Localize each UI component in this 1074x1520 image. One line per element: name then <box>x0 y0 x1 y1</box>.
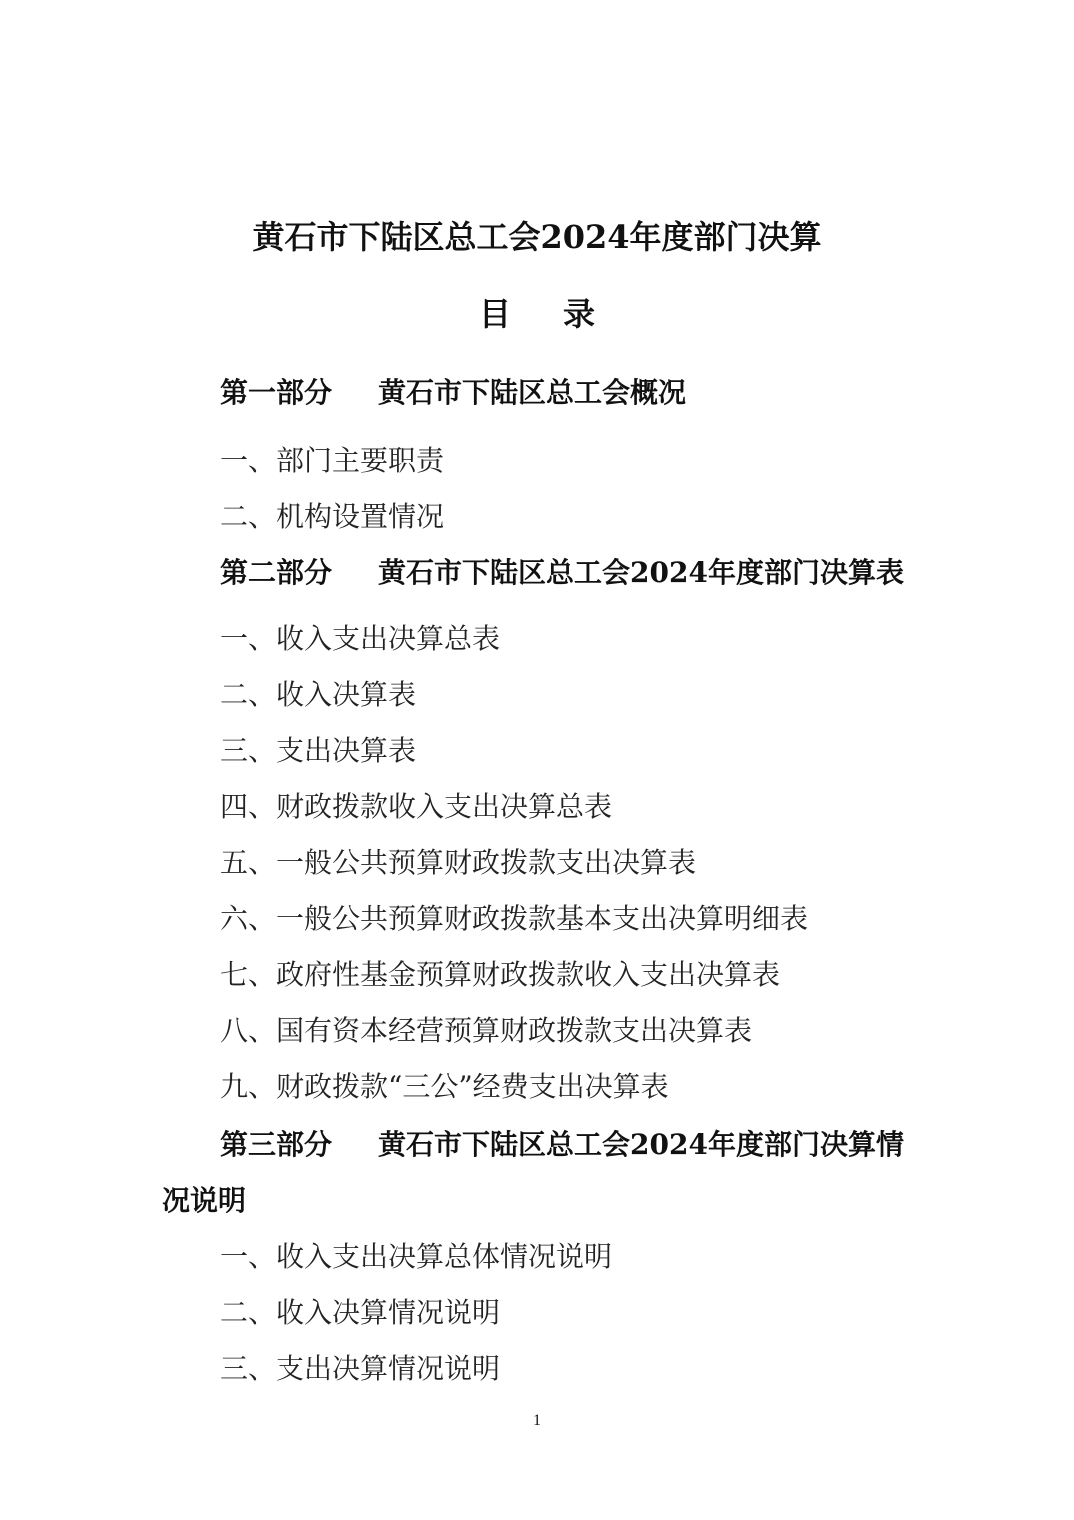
part-label: 第一部分 <box>220 376 332 409</box>
toc-item[interactable]: 三、支出决算情况说明 <box>220 1352 500 1386</box>
toc-part-3[interactable]: 第三部分黄石市下陆区总工会2024年度部门决算情 <box>220 1128 904 1162</box>
part-heading: 黄石市下陆区总工会2024年度部门决算情 <box>378 1128 904 1161</box>
toc-item[interactable]: 九、财政拨款“三公”经费支出决算表 <box>220 1070 669 1104</box>
toc-item[interactable]: 二、收入决算表 <box>220 678 416 712</box>
toc-item[interactable]: 一、收入支出决算总体情况说明 <box>220 1240 612 1274</box>
toc-item[interactable]: 六、一般公共预算财政拨款基本支出决算明细表 <box>220 902 808 936</box>
toc-item[interactable]: 二、机构设置情况 <box>220 500 444 534</box>
part-label: 第三部分 <box>220 1128 332 1161</box>
toc-item[interactable]: 三、支出决算表 <box>220 734 416 768</box>
toc-part-3-wrap: 况说明 <box>162 1184 246 1218</box>
part-label: 第二部分 <box>220 556 332 589</box>
toc-item[interactable]: 一、部门主要职责 <box>220 444 444 478</box>
toc-item[interactable]: 二、收入决算情况说明 <box>220 1296 500 1330</box>
part-heading: 黄石市下陆区总工会概况 <box>378 376 686 409</box>
toc-item[interactable]: 四、财政拨款收入支出决算总表 <box>220 790 612 824</box>
toc-item[interactable]: 八、国有资本经营预算财政拨款支出决算表 <box>220 1014 752 1048</box>
page-number: 1 <box>0 1412 1074 1430</box>
document-title: 黄石市下陆区总工会2024年度部门决算 <box>0 220 1074 254</box>
part-heading: 黄石市下陆区总工会2024年度部门决算表 <box>378 556 904 589</box>
toc-heading: 目录 <box>0 297 1074 331</box>
toc-item[interactable]: 七、政府性基金预算财政拨款收入支出决算表 <box>220 958 780 992</box>
toc-item[interactable]: 一、收入支出决算总表 <box>220 622 500 656</box>
toc-part-1[interactable]: 第一部分黄石市下陆区总工会概况 <box>220 376 686 410</box>
toc-item[interactable]: 五、一般公共预算财政拨款支出决算表 <box>220 846 696 880</box>
toc-heading-char-1: 目 <box>479 297 511 331</box>
toc-heading-char-2: 录 <box>563 297 595 331</box>
toc-part-2[interactable]: 第二部分黄石市下陆区总工会2024年度部门决算表 <box>220 556 904 590</box>
